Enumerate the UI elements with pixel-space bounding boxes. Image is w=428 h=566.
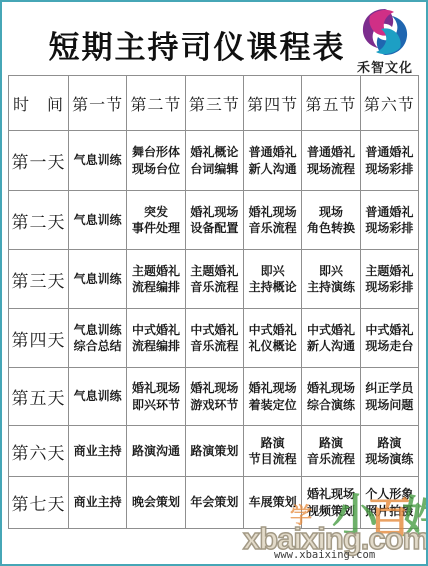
schedule-cell: 中式婚礼 流程编排 — [127, 309, 185, 368]
swirl-logo-icon — [360, 8, 410, 56]
table-row-day-4: 第四天 气息训练 综合总结 中式婚礼 流程编排 中式婚礼 音乐流程 中式婚礼 礼… — [9, 309, 419, 368]
course-schedule-table: 时 间 第一节 第二节 第三节 第四节 第五节 第六节 第一天 气息训练 舞台形… — [8, 75, 419, 529]
header-period-6: 第六节 — [360, 76, 418, 131]
schedule-cell: 个人形象 照片拍摄 — [360, 477, 418, 529]
schedule-cell: 气息训练 — [69, 250, 127, 309]
schedule-cell: 中式婚礼 现场走台 — [360, 309, 418, 368]
schedule-cell: 主题婚礼 现场彩排 — [360, 250, 418, 309]
schedule-cell: 现场 角色转换 — [302, 191, 360, 250]
header-period-4: 第四节 — [243, 76, 301, 131]
schedule-cell: 即兴 主持概论 — [243, 250, 301, 309]
schedule-cell: 普通婚礼 现场流程 — [302, 131, 360, 191]
schedule-cell: 舞台形体 现场台位 — [127, 131, 185, 191]
schedule-cell: 即兴 主持演练 — [302, 250, 360, 309]
course-schedule-page: 短期主持司仪课程表 禾智文化 HEZHIculture 时 间 第一节 第二节 … — [0, 0, 428, 566]
watermark-url-text: www.xbaixing.com — [274, 549, 375, 561]
schedule-cell: 路演 节目流程 — [243, 426, 301, 477]
schedule-cell: 婚礼概论 台词编辑 — [185, 131, 243, 191]
schedule-cell: 主题婚礼 流程编排 — [127, 250, 185, 309]
schedule-cell: 路演沟通 — [127, 426, 185, 477]
table-row-day-1: 第一天 气息训练 舞台形体 现场台位 婚礼概论 台词编辑 普通婚礼 新人沟通 普… — [9, 131, 419, 191]
schedule-cell: 婚礼现场 综合演练 — [302, 368, 360, 426]
schedule-cell: 主题婚礼 音乐流程 — [185, 250, 243, 309]
schedule-cell: 中式婚礼 音乐流程 — [185, 309, 243, 368]
schedule-cell: 路演 现场演练 — [360, 426, 418, 477]
schedule-cell: 普通婚礼 现场彩排 — [360, 131, 418, 191]
day-label: 第三天 — [9, 250, 69, 309]
schedule-cell: 婚礼现场 即兴环节 — [127, 368, 185, 426]
schedule-cell: 气息训练 综合总结 — [69, 309, 127, 368]
schedule-cell: 婚礼现场 视频策划 — [302, 477, 360, 529]
day-label: 第一天 — [9, 131, 69, 191]
table-row-day-6: 第六天 商业主持 路演沟通 路演策划 路演 节目流程 路演 音乐流程 路演 现场… — [9, 426, 419, 477]
day-label: 第四天 — [9, 309, 69, 368]
schedule-cell: 婚礼现场 音乐流程 — [243, 191, 301, 250]
schedule-cell: 气息训练 — [69, 131, 127, 191]
schedule-cell: 婚礼现场 设备配置 — [185, 191, 243, 250]
header-period-5: 第五节 — [302, 76, 360, 131]
page-title: 短期主持司仪课程表 — [42, 22, 352, 67]
schedule-cell: 商业主持 — [69, 477, 127, 529]
schedule-cell: 婚礼现场 游戏环节 — [185, 368, 243, 426]
table-row-day-5: 第五天 气息训练 婚礼现场 即兴环节 婚礼现场 游戏环节 婚礼现场 着装定位 婚… — [9, 368, 419, 426]
schedule-cell: 晚会策划 — [127, 477, 185, 529]
brand-name-cn: 禾智文化 — [346, 57, 424, 76]
header-row: 时 间 第一节 第二节 第三节 第四节 第五节 第六节 — [9, 76, 419, 131]
schedule-cell: 中式婚礼 新人沟通 — [302, 309, 360, 368]
schedule-cell: 气息训练 — [69, 191, 127, 250]
schedule-cell: 纠正学员 现场问题 — [360, 368, 418, 426]
header-time: 时 间 — [9, 76, 69, 131]
schedule-cell: 路演 音乐流程 — [302, 426, 360, 477]
schedule-cell: 路演策划 — [185, 426, 243, 477]
header-period-3: 第三节 — [185, 76, 243, 131]
schedule-cell: 商业主持 — [69, 426, 127, 477]
header-period-2: 第二节 — [127, 76, 185, 131]
schedule-cell: 中式婚礼 礼仪概论 — [243, 309, 301, 368]
day-label: 第五天 — [9, 368, 69, 426]
schedule-cell: 车展策划 — [243, 477, 301, 529]
schedule-cell: 普通婚礼 现场彩排 — [360, 191, 418, 250]
table-row-day-2: 第二天 气息训练 突发 事件处理 婚礼现场 设备配置 婚礼现场 音乐流程 现场 … — [9, 191, 419, 250]
schedule-cell: 气息训练 — [69, 368, 127, 426]
header-period-1: 第一节 — [69, 76, 127, 131]
schedule-cell: 年会策划 — [185, 477, 243, 529]
schedule-cell: 突发 事件处理 — [127, 191, 185, 250]
schedule-cell: 婚礼现场 着装定位 — [243, 368, 301, 426]
day-label: 第七天 — [9, 477, 69, 529]
schedule-cell: 普通婚礼 新人沟通 — [243, 131, 301, 191]
day-label: 第二天 — [9, 191, 69, 250]
day-label: 第六天 — [9, 426, 69, 477]
table-row-day-3: 第三天 气息训练 主题婚礼 流程编排 主题婚礼 音乐流程 即兴 主持概论 即兴 … — [9, 250, 419, 309]
table-row-day-7: 第七天 商业主持 晚会策划 年会策划 车展策划 婚礼现场 视频策划 个人形象 照… — [9, 477, 419, 529]
